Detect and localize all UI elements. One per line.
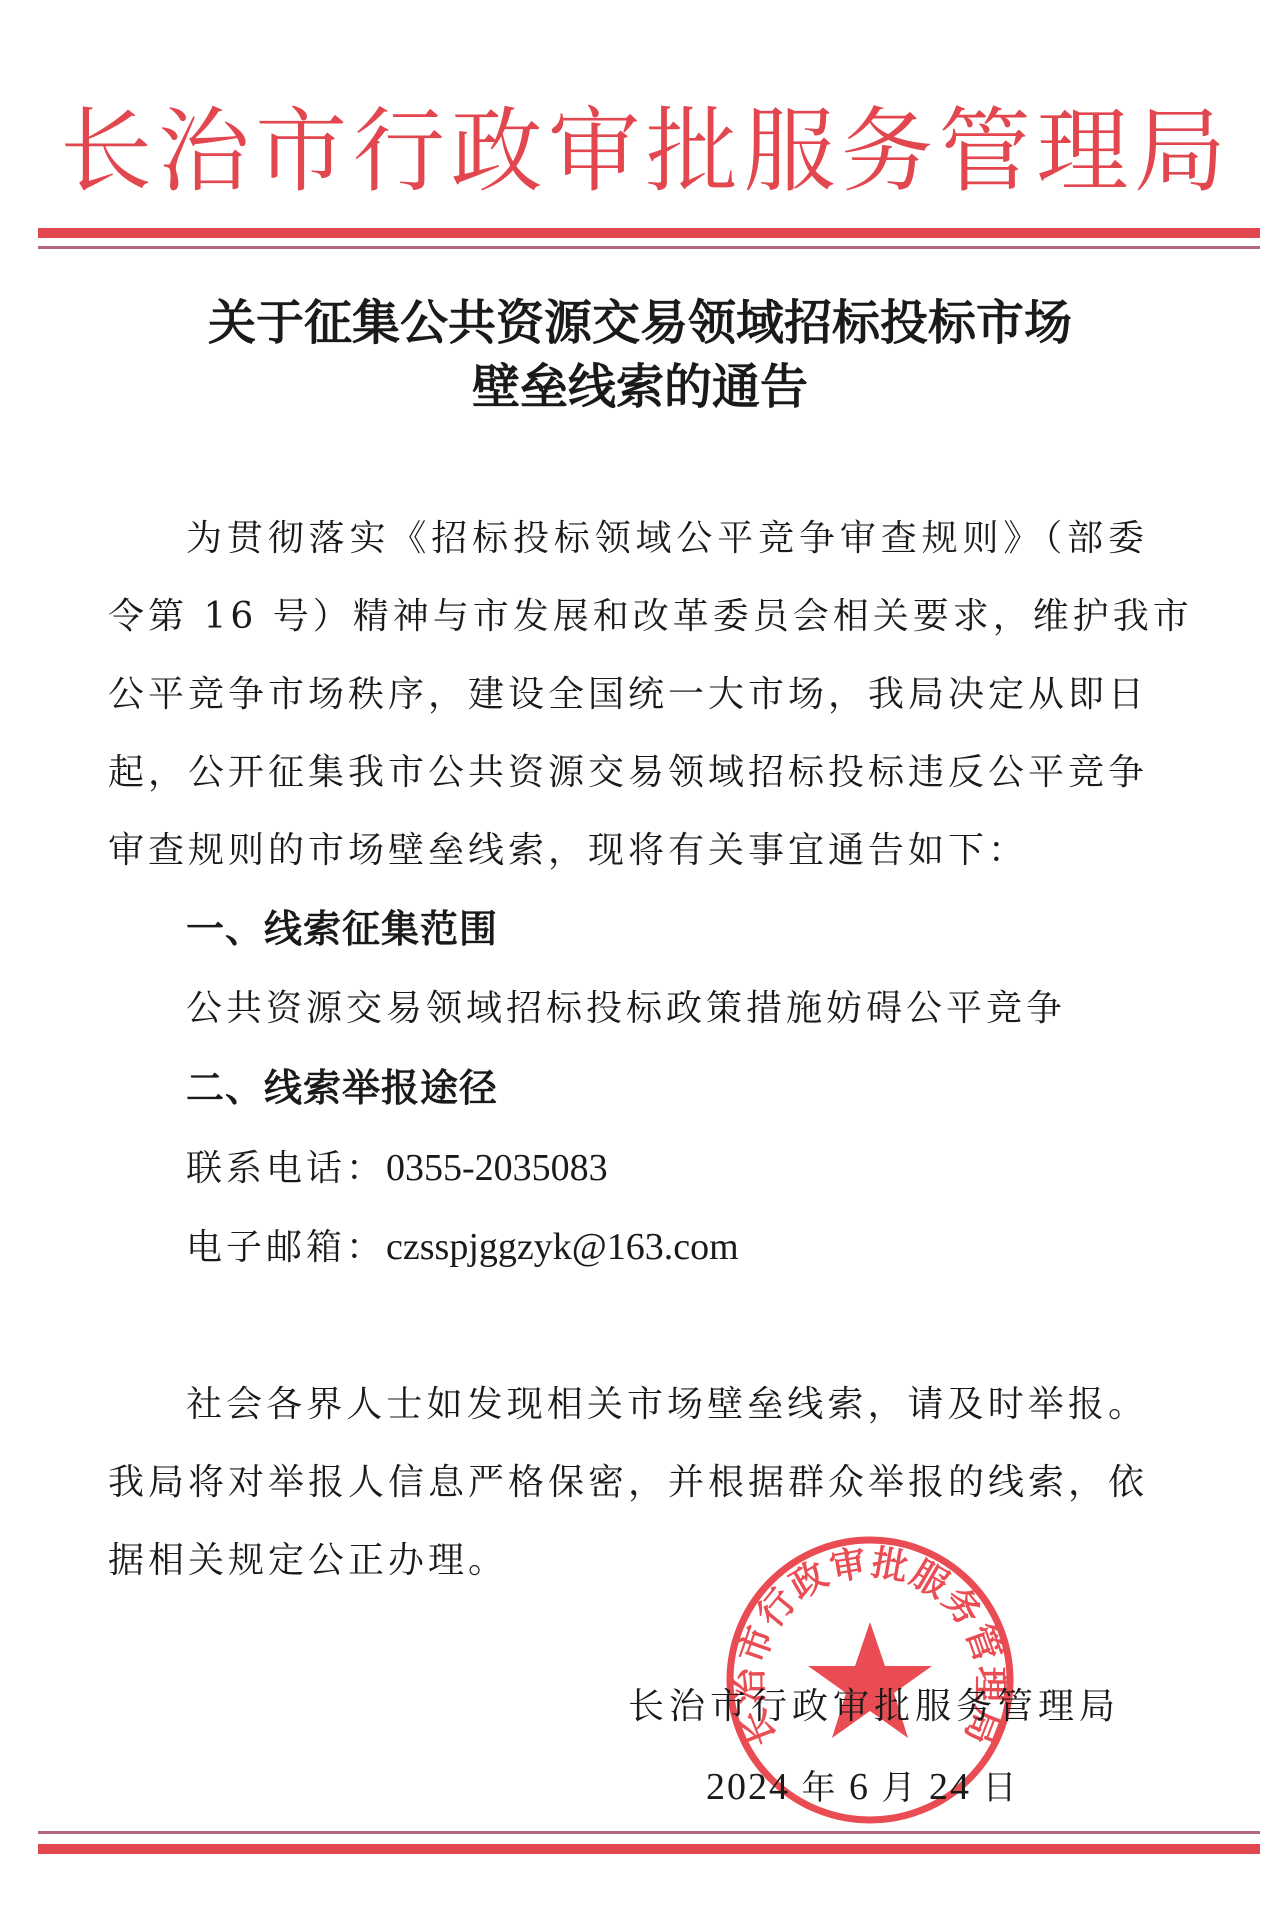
footer-rule-thin <box>38 1831 1260 1834</box>
intro-line: 公平竞争市场秩序，建设全国统一大市场，我局决定从即日 <box>108 656 1148 734</box>
contact-phone: 联系电话：0355-2035083 <box>186 1143 608 1194</box>
email-address[interactable]: czsspjggzyk@163.com <box>386 1226 739 1268</box>
phone-number[interactable]: 0355-2035083 <box>386 1147 608 1189</box>
section-1-body: 公共资源交易领域招标投标政策措施妨碍公平竞争 <box>186 984 1066 1034</box>
intro-line: 审查规则的市场壁垒线索，现将有关事宜通告如下： <box>108 812 1148 890</box>
date-day-unit: 日 <box>983 1768 1019 1808</box>
date-year: 2024 <box>706 1766 790 1808</box>
footer-rule-thick <box>38 1844 1260 1854</box>
date-month-unit: 月 <box>882 1768 918 1808</box>
signature-org: 长治市行政审批服务管理局 <box>628 1682 1120 1732</box>
notice-title-line-2: 壁垒线索的通告 <box>0 356 1280 418</box>
date-month: 6 <box>849 1766 870 1808</box>
notice-title-line-1: 关于征集公共资源交易领域招标投标市场 <box>0 292 1280 354</box>
email-label: 电子邮箱： <box>186 1227 386 1268</box>
date-day: 24 <box>929 1766 971 1808</box>
intro-line: 起，公开征集我市公共资源交易领域招标投标违反公平竞争 <box>108 734 1148 812</box>
signature-date: 2024 年 6 月 24 日 <box>706 1762 1019 1813</box>
org-letterhead: 长治市行政审批服务管理局 <box>60 92 1230 212</box>
intro-line: 为贯彻落实《招标投标领域公平竞争审查规则》（部委 <box>108 500 1148 578</box>
phone-label: 联系电话： <box>186 1148 386 1189</box>
closing-line: 我局将对举报人信息严格保密，并根据群众举报的线索，依 <box>108 1444 1148 1522</box>
section-2-heading: 二、线索举报途径 <box>186 1063 498 1113</box>
contact-email: 电子邮箱：czsspjggzyk@163.com <box>186 1222 739 1273</box>
intro-paragraph: 为贯彻落实《招标投标领域公平竞争审查规则》（部委 令第 16 号）精神与市发展和… <box>108 500 1148 890</box>
intro-line: 令第 16 号）精神与市发展和改革委员会相关要求，维护我市 <box>108 578 1148 656</box>
header-rule-thin <box>38 246 1260 249</box>
section-1-heading: 一、线索征集范围 <box>186 904 498 954</box>
date-year-unit: 年 <box>802 1768 838 1808</box>
closing-line: 社会各界人士如发现相关市场壁垒线索，请及时举报。 <box>108 1366 1148 1444</box>
header-rule-thick <box>38 228 1260 238</box>
